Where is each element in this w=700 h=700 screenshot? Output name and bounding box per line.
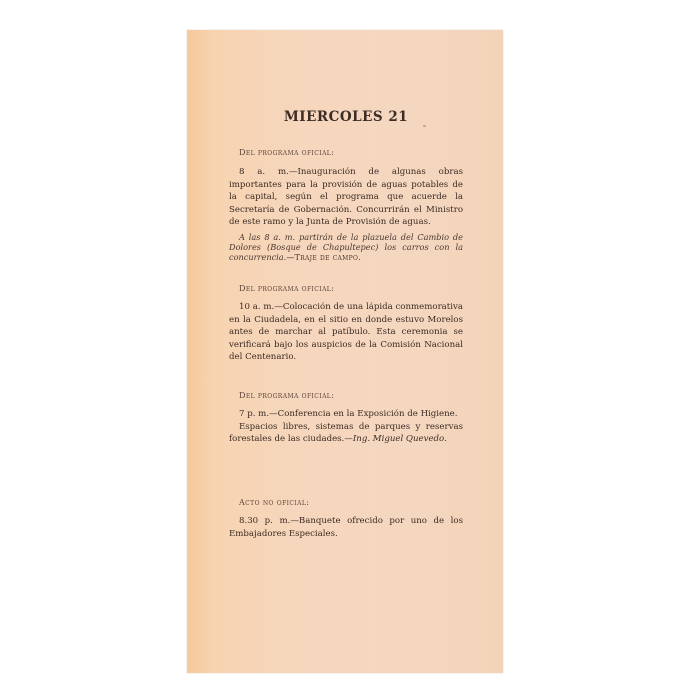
section-2-paragraph: 10 a. m.—Colocación de una lápida conmem…: [229, 301, 463, 364]
section-label-3: Del programa oficial:: [239, 391, 334, 400]
section-4-paragraph: 8.30 p. m.—Banquete ofrecido por uno de …: [229, 515, 463, 540]
author: Ing. Miguel Quevedo.: [353, 434, 447, 444]
section-label-1: Del programa oficial:: [239, 148, 334, 157]
section-label-2: Del programa oficial:: [239, 284, 334, 293]
section-1-note: A las 8 a. m. partirán de la plazuela de…: [229, 232, 463, 263]
document-page: MIERCOLES 21 Del programa oficial: 8 a. …: [187, 30, 503, 673]
section-4-body: 8.30 p. m.—Banquete ofrecido por uno de …: [229, 515, 463, 540]
section-label-4: Acto no oficial:: [239, 498, 309, 507]
section-3-body: 7 p. m.—Conferencia en la Exposición de …: [229, 408, 463, 446]
section-1-paragraph: 8 a. m.—Inauguración de algunas obras im…: [229, 166, 463, 229]
section-3-paragraph-2: Espacios libres, sistemas de parques y r…: [229, 421, 463, 446]
section-2-body: 10 a. m.—Colocación de una lápida conmem…: [229, 301, 463, 364]
section-3-paragraph-1: 7 p. m.—Conferencia en la Exposición de …: [229, 408, 463, 421]
page-title: MIERCOLES 21: [229, 109, 463, 125]
paper-blemish: [423, 125, 426, 127]
dress-code: Traje de campo.: [294, 252, 361, 262]
section-1-body: 8 a. m.—Inauguración de algunas obras im…: [229, 166, 463, 263]
